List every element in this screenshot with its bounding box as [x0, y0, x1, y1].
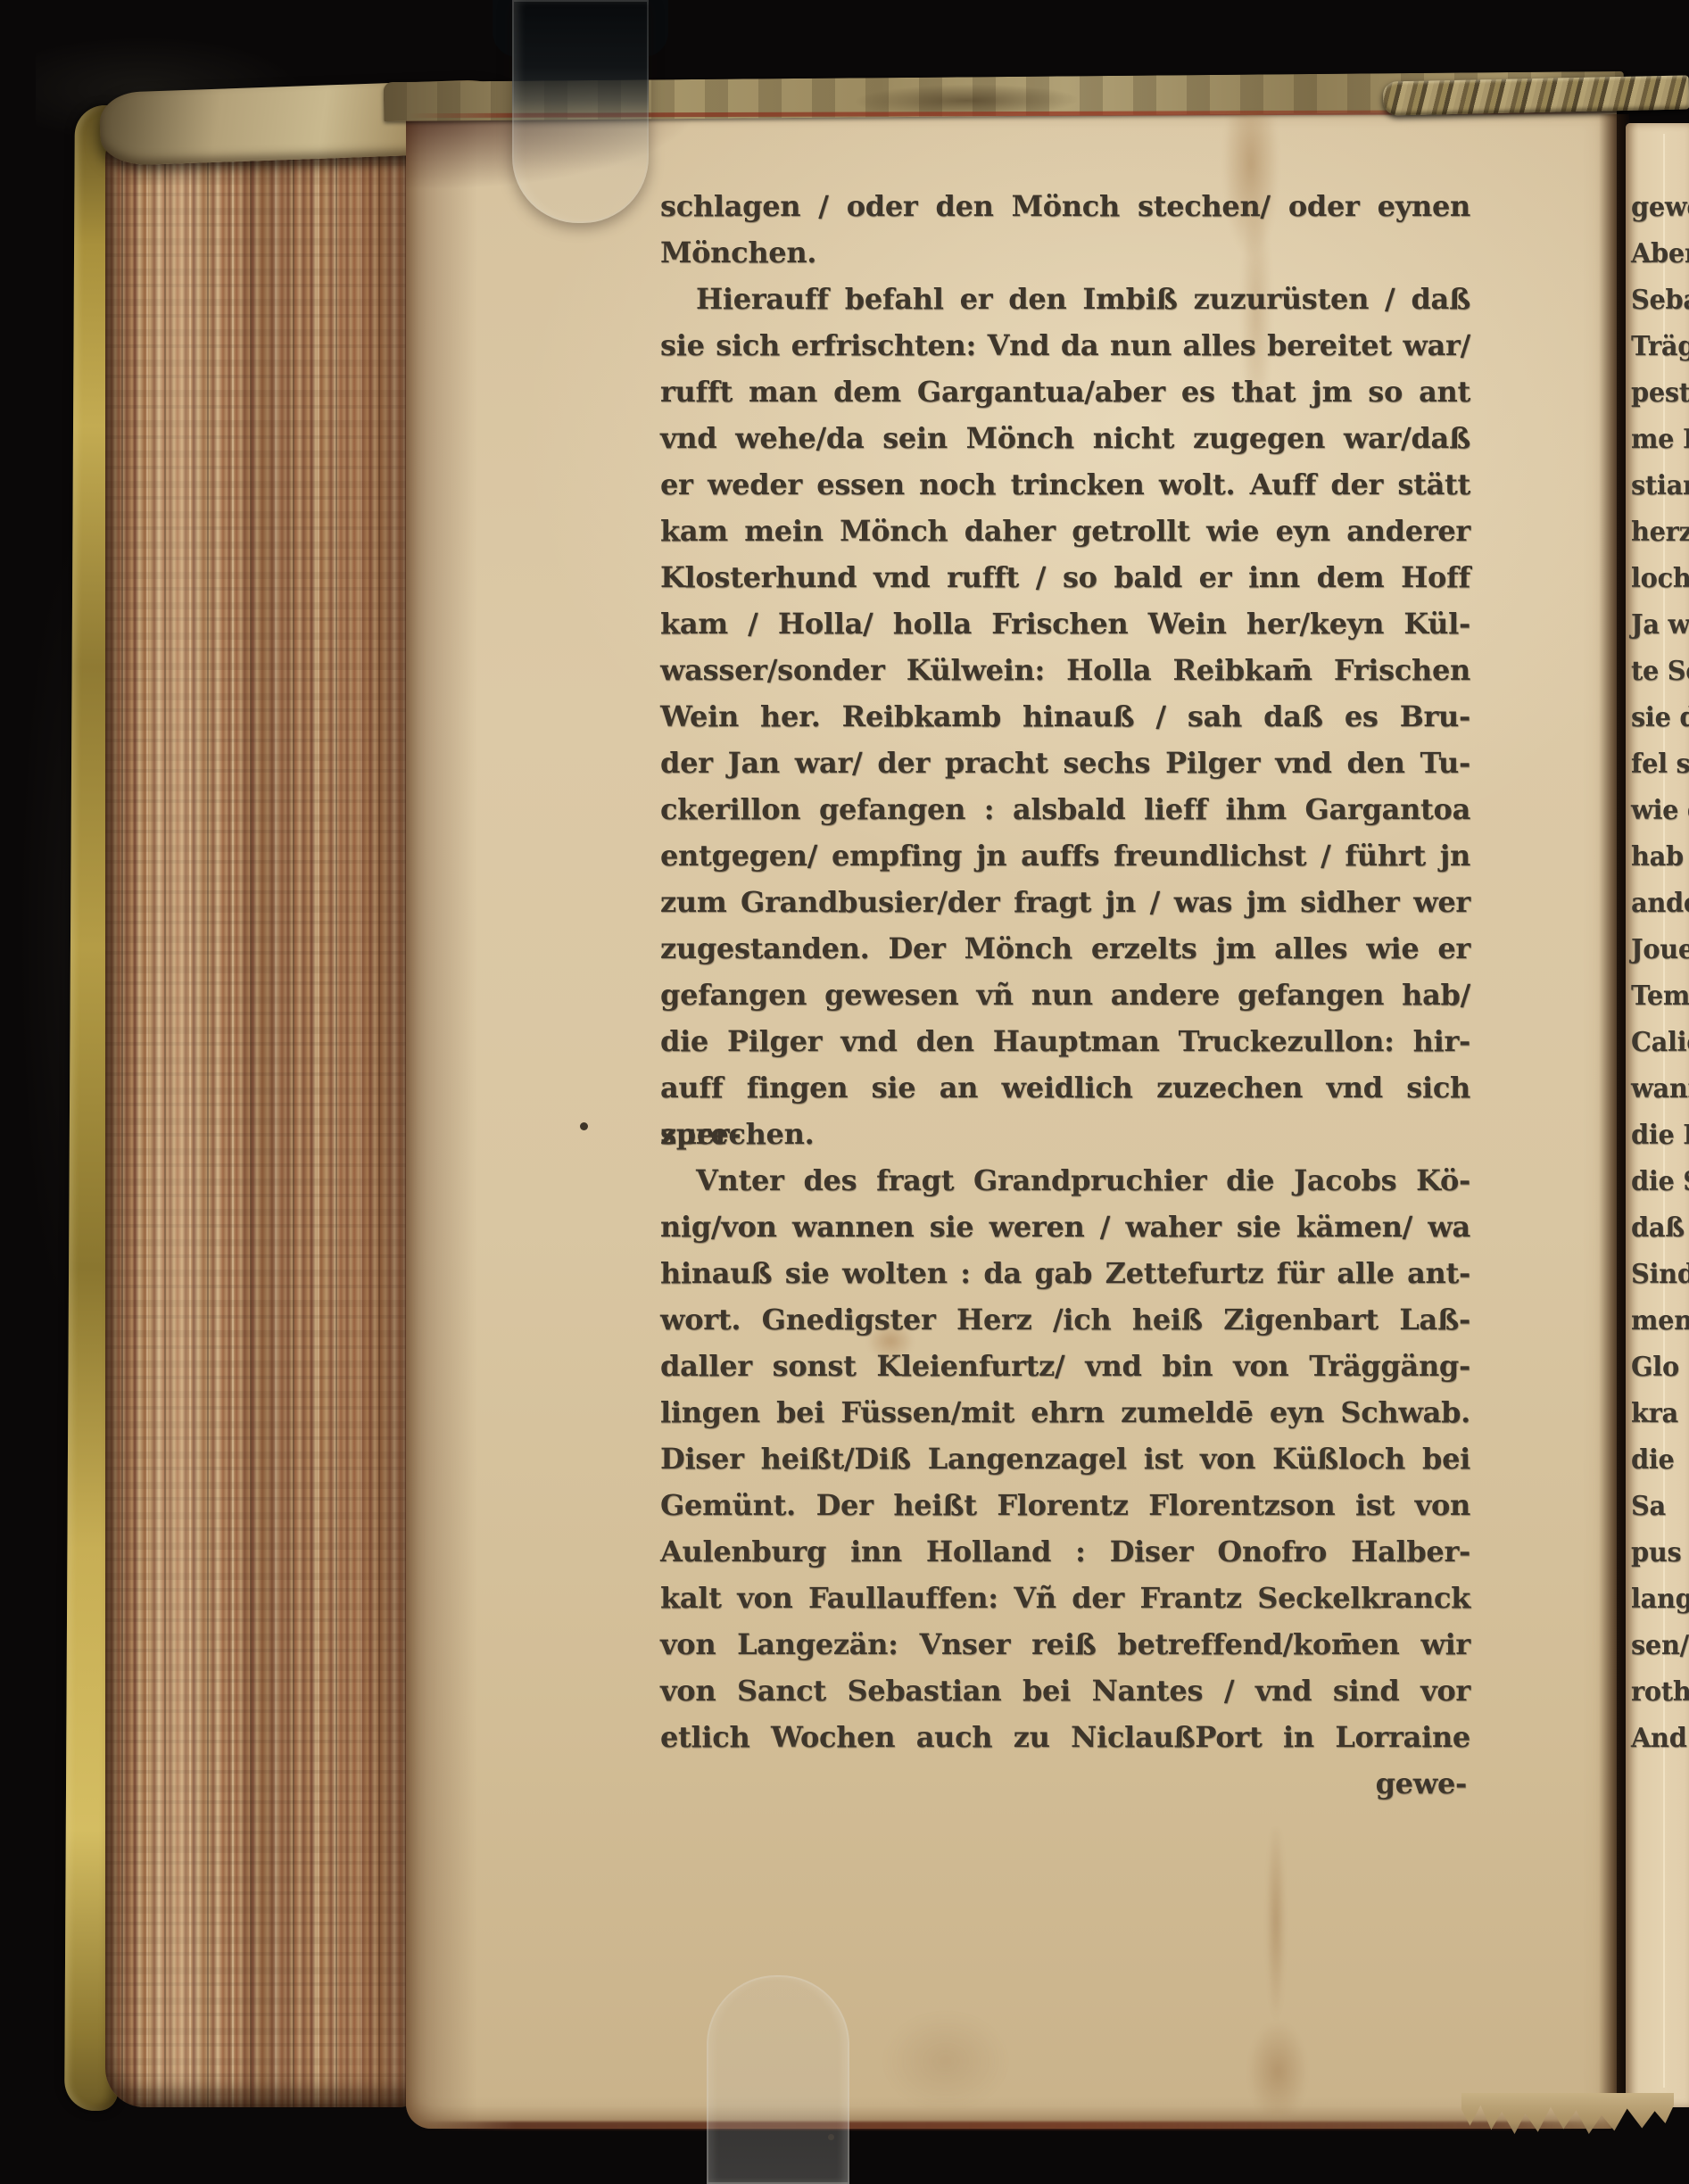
facing-page-line: andere — [1631, 888, 1689, 919]
page-stain — [883, 2012, 1008, 2110]
text-line: Klosterhund vnd rufft / so bald er inn d… — [660, 554, 1470, 600]
facing-page-line: stian: J — [1631, 470, 1689, 501]
facing-page-line: Sebasti — [1631, 285, 1689, 316]
text-line: der Jan war/ der pracht sechs Pilger vnd… — [660, 740, 1470, 786]
text-line: lingen bei Füssen/mit ehrn zumeldē eyn S… — [660, 1389, 1470, 1435]
text-line: Diser heißt/Diß Langenzagel ist von Küßl… — [660, 1435, 1470, 1482]
text-line: zum Grandbusier/der fragt jn / was jm si… — [660, 879, 1470, 925]
facing-page-line: roth — [1631, 1676, 1689, 1708]
text-line: wort. Gnedigster Herz /ich heiß Zigenbar… — [660, 1296, 1470, 1343]
facing-page-line: pestilen — [1631, 377, 1689, 409]
ink-speck — [580, 1122, 588, 1130]
text-line: auff fingen sie an weidlich zuzechen vnd… — [660, 1064, 1470, 1111]
text-line: die Pilger vnd den Hauptman Truckezullon… — [660, 1018, 1470, 1064]
facing-page-line: die Sc — [1631, 1166, 1689, 1197]
text-line: Hierauff befahl er den Imbiß zuzurüsten … — [660, 276, 1470, 322]
text-line: ckerillon gefangen : alsbald lieff ihm G… — [660, 786, 1470, 832]
text-line: kam mein Mönch daher getrollt wie eyn an… — [660, 508, 1470, 554]
facing-page-line: lang — [1631, 1584, 1689, 1615]
text-line: gefangen gewesen vñ nun andere gefangen … — [660, 972, 1470, 1018]
facing-page-line: And — [1631, 1723, 1687, 1754]
page-stain — [1231, 1829, 1321, 2114]
facing-page-line: Ja war — [1631, 609, 1689, 641]
text-line: hinauß sie wolten : da gab Zettefurtz fü… — [660, 1250, 1470, 1296]
facing-page-line: Glo — [1631, 1352, 1679, 1383]
facing-page-line: die Eg — [1631, 1120, 1689, 1151]
text-line: zugestanden. Der Mönch erzelts jm alles … — [660, 925, 1470, 972]
scan-clamp-top — [512, 0, 649, 223]
facing-page-line: Aber/sp — [1631, 238, 1689, 269]
facing-page-line: sen/ — [1631, 1630, 1689, 1661]
facing-page-line: Joues — [1631, 934, 1689, 965]
text-line: von Sanct Sebastian bei Nantes / vnd sin… — [660, 1667, 1470, 1714]
page-text: schlagen / oder den Mönch stechen/ oder … — [660, 183, 1470, 1807]
text-line: sprechen. — [660, 1111, 1470, 1157]
facing-page-line: Tempe — [1631, 980, 1689, 1012]
facing-page-line: die — [1631, 1444, 1675, 1476]
text-line: nig/von wannen sie weren / waher sie käm… — [660, 1204, 1470, 1250]
facing-page-line: me Leu — [1631, 424, 1689, 455]
facing-page-line: wie der — [1631, 795, 1689, 826]
text-line: vnd wehe/da sein Mönch nicht zugegen war… — [660, 415, 1470, 461]
text-line: kam / Holla/ holla Frischen Wein her/key… — [660, 600, 1470, 647]
text-line: er weder essen noch trincken wolt. Auff … — [660, 461, 1470, 508]
text-line: kalt von Faullauffen: Vñ der Frantz Seck… — [660, 1575, 1470, 1621]
facing-page-line: gewesen — [1631, 192, 1689, 223]
text-line: sie sich erfrischten: Vnd da nun alles b… — [660, 322, 1470, 368]
facing-page-line: pus — [1631, 1537, 1681, 1568]
page-bottom-edge — [419, 2122, 1615, 2130]
facing-page-line: te Schi — [1631, 656, 1689, 687]
facing-page-line: wann — [1631, 1073, 1689, 1104]
text-line: Gemünt. Der heißt Florentz Florentzson i… — [660, 1482, 1470, 1528]
text-line: von Langezän: Vnser reiß betreffend/kom̄… — [660, 1621, 1470, 1667]
facing-page-line: men — [1631, 1305, 1689, 1336]
facing-page-text: gewesen Aber/sp Sebasti Träggä pestilen … — [1624, 0, 1689, 2132]
facing-page-line: Sind — [1631, 1259, 1689, 1290]
facing-page-line: Sa — [1631, 1491, 1666, 1522]
text-line: entgegen/ empfing jn auffs freundlichst … — [660, 832, 1470, 879]
text-line: daller sonst Kleienfurtz/ vnd bin von Tr… — [660, 1343, 1470, 1389]
catchword: gewe- — [660, 1760, 1470, 1807]
facing-page-line: daß e — [1631, 1212, 1689, 1244]
facing-page-line: loch/ vñ — [1631, 563, 1689, 594]
text-line: wasser/sonder Külwein: Holla Reibkam̄ Fr… — [660, 647, 1470, 693]
facing-page-line: hab die — [1631, 841, 1689, 873]
page-curvature-shadow — [406, 105, 477, 2129]
text-line: etlich Wochen auch zu NiclaußPort in Lor… — [660, 1714, 1470, 1760]
text-line: Wein her. Reibkamb hinauß / sah daß es B… — [660, 693, 1470, 740]
facing-page-line: herz kan — [1631, 517, 1689, 548]
facing-page-line: fel seien — [1631, 749, 1689, 780]
facing-page-line: kra — [1631, 1398, 1678, 1429]
text-line: rufft man dem Gargantua/aber es that jm … — [660, 368, 1470, 415]
facing-page-line: Calicu — [1631, 1027, 1689, 1058]
text-line: Aulenburg inn Holland : Diser Onofro Hal… — [660, 1528, 1470, 1575]
text-line: Mönchen. — [660, 229, 1470, 276]
fore-edge — [105, 132, 418, 2107]
facing-page-line: Träggä — [1631, 331, 1689, 362]
text-line: Vnter des fragt Grandpruchier die Jacobs… — [660, 1157, 1470, 1204]
scan-clamp-bottom — [707, 1975, 849, 2184]
text-line: schlagen / oder den Mönch stechen/ oder … — [660, 183, 1470, 229]
facing-page-line: sie die fu — [1631, 702, 1689, 733]
